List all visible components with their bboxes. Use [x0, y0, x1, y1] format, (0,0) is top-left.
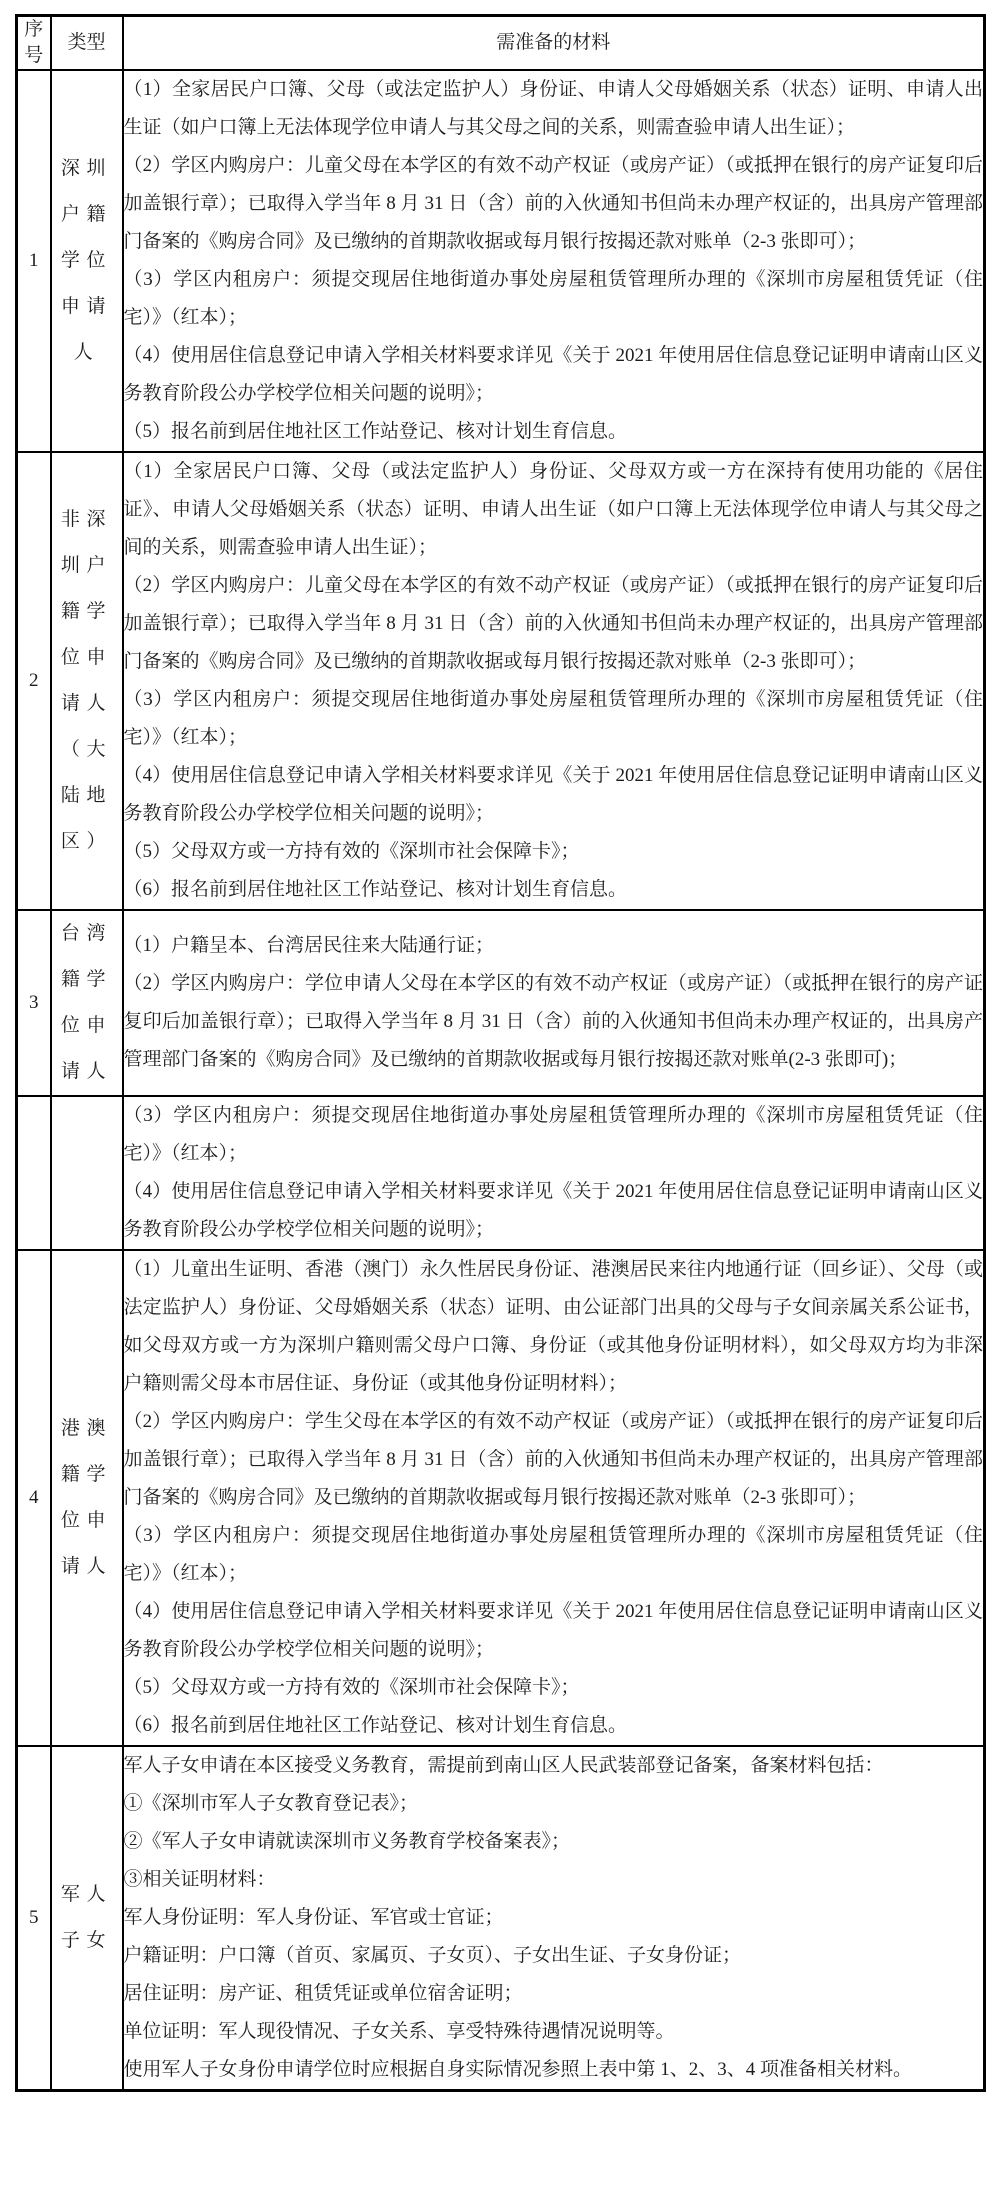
material-item: 军人身份证明：军人身份证、军官或士官证；	[124, 1899, 984, 1937]
material-item: （2）学区内购房户：儿童父母在本学区的有效不动产权证（或房产证）（或抵押在银行的…	[124, 147, 984, 261]
material-item: （5）报名前到居住地社区工作站登记、核对计划生育信息。	[124, 413, 984, 451]
material-item: （4）使用居住信息登记申请入学相关材料要求详见《关于 2021 年使用居住信息登…	[124, 1593, 984, 1669]
row-type: 非深圳户籍学位申请人（大陆地区）	[51, 452, 123, 910]
material-item: 居住证明：房产证、租赁凭证或单位宿舍证明；	[124, 1975, 984, 2013]
table-body: 1 深圳户籍学位申请人 （1）全家居民户口簿、父母（或法定监护人）身份证、申请人…	[17, 70, 985, 2091]
materials-cell: （1）全家居民户口簿、父母（或法定监护人）身份证、申请人父母婚姻关系（状态）证明…	[123, 70, 985, 452]
header-row: 序号 类型 需准备的材料	[17, 16, 985, 71]
table-row: 5 军人子女 军人子女申请在本区接受义务教育，需提前到南山区人民武装部登记备案，…	[17, 1746, 985, 2091]
material-item: 军人子女申请在本区接受义务教育，需提前到南山区人民武装部登记备案，备案材料包括：	[124, 1747, 984, 1785]
row-number	[17, 1096, 51, 1250]
table-row: （3）学区内租房户：须提交现居住地街道办事处房屋租赁管理所办理的《深圳市房屋租赁…	[17, 1096, 985, 1250]
row-type	[51, 1096, 123, 1250]
material-item: （1）全家居民户口簿、父母（或法定监护人）身份证、申请人父母婚姻关系（状态）证明…	[124, 71, 984, 147]
col-header-materials: 需准备的材料	[123, 16, 985, 71]
material-item: 单位证明：军人现役情况、子女关系、享受特殊待遇情况说明等。	[124, 2013, 984, 2051]
row-type-label: 深圳户籍学位申请人	[60, 146, 113, 376]
material-item: （6）报名前到居住地社区工作站登记、核对计划生育信息。	[124, 871, 984, 909]
row-number: 1	[17, 70, 51, 452]
col-header-type: 类型	[51, 16, 123, 71]
materials-cell: 军人子女申请在本区接受义务教育，需提前到南山区人民武装部登记备案，备案材料包括：…	[123, 1746, 985, 2091]
document-page: 序号 类型 需准备的材料 1 深圳户籍学位申请人 （1）全家居民户口簿、父母（或…	[0, 0, 1000, 2106]
row-type: 港澳籍学位申请人	[51, 1250, 123, 1746]
row-number: 3	[17, 910, 51, 1096]
table-row: 2 非深圳户籍学位申请人（大陆地区） （1）全家居民户口簿、父母（或法定监护人）…	[17, 452, 985, 910]
table-header: 序号 类型 需准备的材料	[17, 16, 985, 71]
row-number: 5	[17, 1746, 51, 2091]
materials-table: 序号 类型 需准备的材料 1 深圳户籍学位申请人 （1）全家居民户口簿、父母（或…	[15, 14, 986, 2092]
material-item: ②《军人子女申请就读深圳市义务教育学校备案表》；	[124, 1823, 984, 1861]
material-item: （3）学区内租房户：须提交现居住地街道办事处房屋租赁管理所办理的《深圳市房屋租赁…	[124, 261, 984, 337]
row-type: 军人子女	[51, 1746, 123, 2091]
material-item: （3）学区内租房户：须提交现居住地街道办事处房屋租赁管理所办理的《深圳市房屋租赁…	[124, 1097, 984, 1173]
table-row: 1 深圳户籍学位申请人 （1）全家居民户口簿、父母（或法定监护人）身份证、申请人…	[17, 70, 985, 452]
table-row: 4 港澳籍学位申请人 （1）儿童出生证明、香港（澳门）永久性居民身份证、港澳居民…	[17, 1250, 985, 1746]
row-type-label: 台湾籍学位申请人	[60, 911, 113, 1095]
material-item: ③相关证明材料：	[124, 1861, 984, 1899]
row-type-label: 港澳籍学位申请人	[60, 1406, 113, 1590]
material-item: （4）使用居住信息登记申请入学相关材料要求详见《关于 2021 年使用居住信息登…	[124, 1173, 984, 1249]
material-item: 使用军人子女身份申请学位时应根据自身实际情况参照上表中第 1、2、3、4 项准备…	[124, 2051, 984, 2089]
row-type-label: 军人子女	[60, 1872, 113, 1964]
material-item: （2）学区内购房户：学位申请人父母在本学区的有效不动产权证（或房产证）（或抵押在…	[124, 965, 984, 1079]
row-number: 4	[17, 1250, 51, 1746]
materials-cell: （1）户籍呈本、台湾居民往来大陆通行证；（2）学区内购房户：学位申请人父母在本学…	[123, 910, 985, 1096]
material-item: ①《深圳市军人子女教育登记表》；	[124, 1785, 984, 1823]
material-item: （3）学区内租房户：须提交现居住地街道办事处房屋租赁管理所办理的《深圳市房屋租赁…	[124, 1517, 984, 1593]
row-number: 2	[17, 452, 51, 910]
materials-cell: （1）儿童出生证明、香港（澳门）永久性居民身份证、港澳居民来往内地通行证（回乡证…	[123, 1250, 985, 1746]
row-type: 深圳户籍学位申请人	[51, 70, 123, 452]
material-item: （1）户籍呈本、台湾居民往来大陆通行证；	[124, 927, 984, 965]
material-item: （4）使用居住信息登记申请入学相关材料要求详见《关于 2021 年使用居住信息登…	[124, 757, 984, 833]
table-row: 3 台湾籍学位申请人 （1）户籍呈本、台湾居民往来大陆通行证；（2）学区内购房户…	[17, 910, 985, 1096]
material-item: （1）儿童出生证明、香港（澳门）永久性居民身份证、港澳居民来往内地通行证（回乡证…	[124, 1251, 984, 1403]
materials-cell: （1）全家居民户口簿、父母（或法定监护人）身份证、父母双方或一方在深持有使用功能…	[123, 452, 985, 910]
material-item: （3）学区内租房户：须提交现居住地街道办事处房屋租赁管理所办理的《深圳市房屋租赁…	[124, 681, 984, 757]
material-item: 户籍证明：户口簿（首页、家属页、子女页）、子女出生证、子女身份证；	[124, 1937, 984, 1975]
material-item: （5）父母双方或一方持有效的《深圳市社会保障卡》；	[124, 833, 984, 871]
col-header-no: 序号	[17, 16, 51, 71]
material-item: （4）使用居住信息登记申请入学相关材料要求详见《关于 2021 年使用居住信息登…	[124, 337, 984, 413]
material-item: （2）学区内购房户：学生父母在本学区的有效不动产权证（或房产证）（或抵押在银行的…	[124, 1403, 984, 1517]
row-type-label: 非深圳户籍学位申请人（大陆地区）	[60, 497, 113, 865]
material-item: （1）全家居民户口簿、父母（或法定监护人）身份证、父母双方或一方在深持有使用功能…	[124, 453, 984, 567]
material-item: （6）报名前到居住地社区工作站登记、核对计划生育信息。	[124, 1707, 984, 1745]
material-item: （5）父母双方或一方持有效的《深圳市社会保障卡》；	[124, 1669, 984, 1707]
materials-cell: （3）学区内租房户：须提交现居住地街道办事处房屋租赁管理所办理的《深圳市房屋租赁…	[123, 1096, 985, 1250]
material-item: （2）学区内购房户：儿童父母在本学区的有效不动产权证（或房产证）（或抵押在银行的…	[124, 567, 984, 681]
row-type: 台湾籍学位申请人	[51, 910, 123, 1096]
